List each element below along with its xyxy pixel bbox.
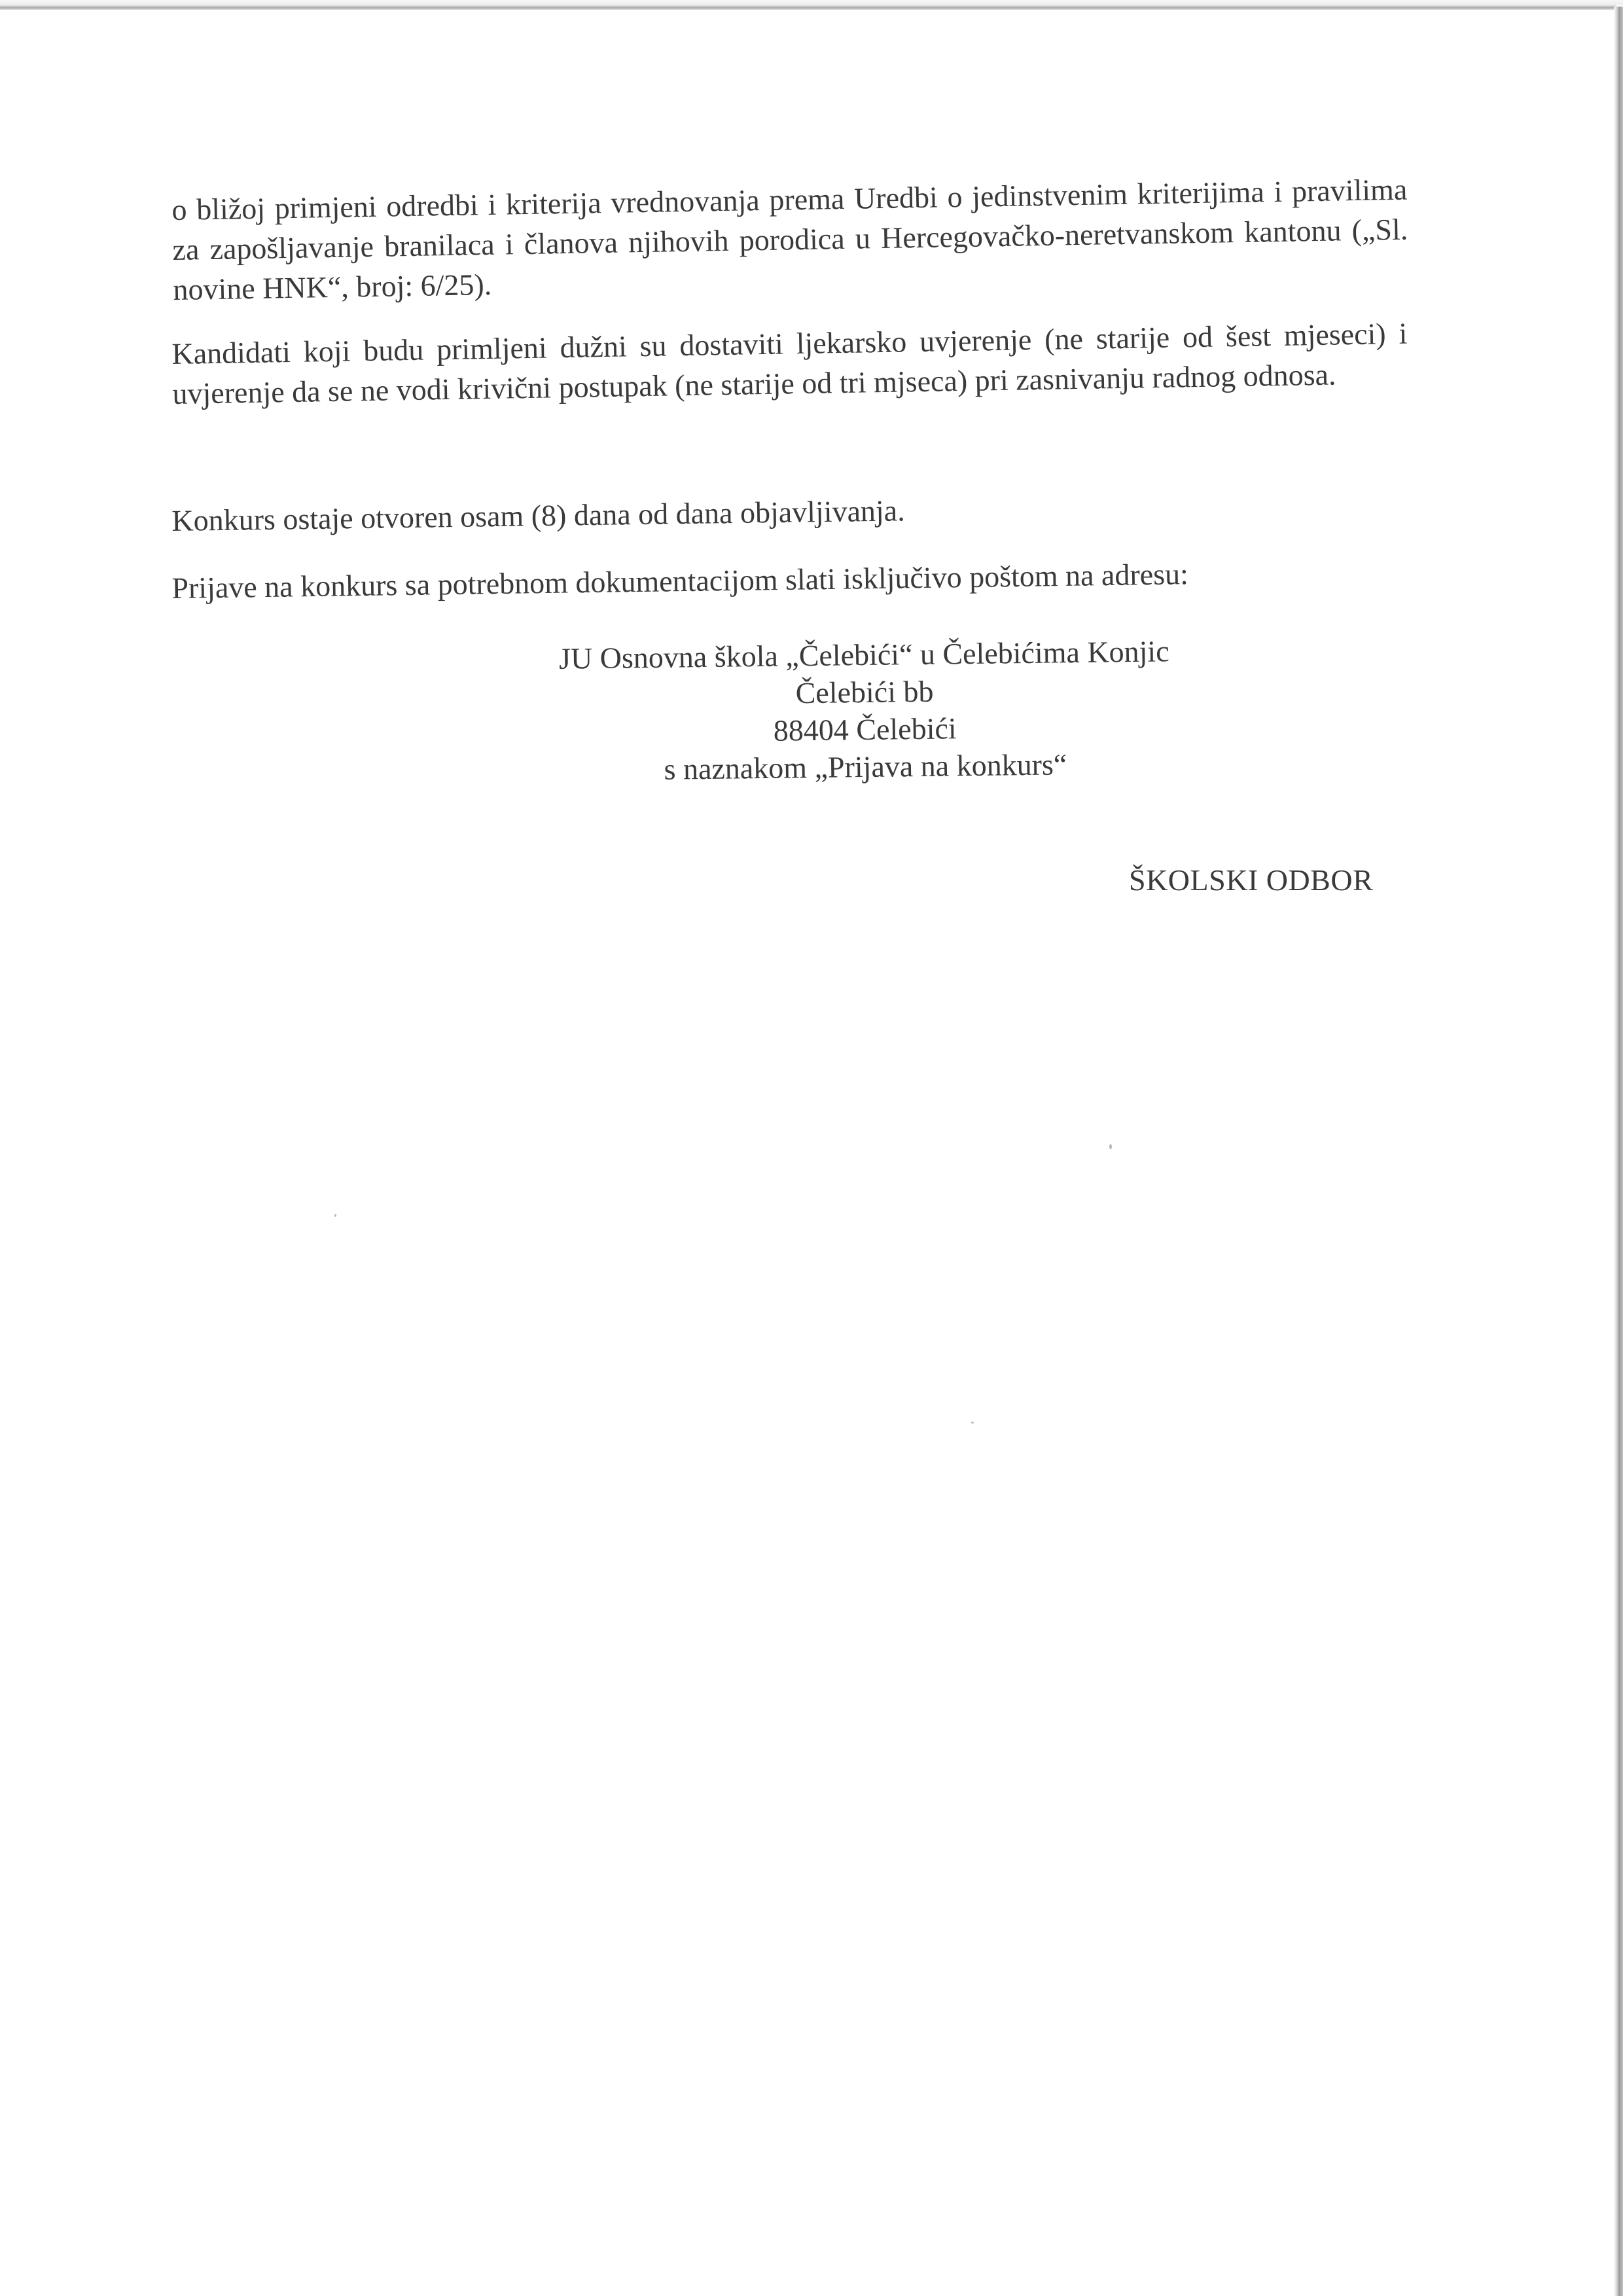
scan-speck bbox=[971, 1422, 974, 1424]
scanned-document-page: o bližoj primjeni odredbi i kriterija vr… bbox=[0, 0, 1623, 2296]
scan-top-shadow bbox=[0, 0, 1623, 5]
signature-school-board: ŠKOLSKI ODBOR bbox=[1129, 863, 1373, 897]
paragraph-required-documents: Kandidati koji budu primljeni dužni su d… bbox=[171, 314, 1408, 414]
paragraph-submission: Prijave na konkurs sa potrebnom dokument… bbox=[171, 551, 1408, 608]
paragraph-open-period: Konkurs ostaje otvoren osam (8) dana od … bbox=[171, 484, 1408, 541]
paragraph-criteria: o bližoj primjeni odredbi i kriterija vr… bbox=[171, 170, 1409, 310]
scan-top-edge bbox=[0, 5, 1616, 10]
scan-right-edge bbox=[1614, 7, 1623, 2296]
scan-speck bbox=[334, 1214, 336, 1217]
mailing-address: JU Osnovna škola „Čelebići“ u Čelebićima… bbox=[497, 632, 1232, 790]
scan-speck bbox=[1109, 1144, 1112, 1149]
